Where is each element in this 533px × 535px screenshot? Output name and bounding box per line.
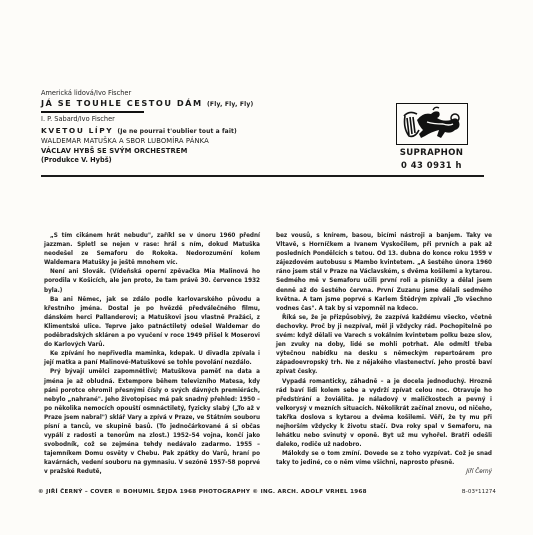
print-code: B-03*11274 [462,489,496,495]
header-divider [41,175,484,177]
track1-title: JÁ SE TOUHLE CESTOU DÁM [41,98,203,108]
track1-composer: Americká lidová/Ivo Fischer [41,89,281,98]
label-logo-block: SUPRAPHON 0 43 0931 h [395,103,468,171]
track2-original-title: (Je ne pourrai t'oublier tout a fait) [117,128,236,135]
liner-notes-right-column: bez vousů, s knírem, basou, bicími nástr… [276,232,492,478]
producer: (Produkce V. Hybš) [41,156,281,165]
liner-paragraph: Není ani Slovák. (Vídeňská operní zpěvač… [44,268,260,295]
supraphon-lion-lyre-logo-icon [396,103,468,145]
author-signature: Jiří Černý [276,468,492,477]
liner-paragraph: Málokdy se o tom zmíní. Dovede se z toho… [276,450,492,468]
liner-paragraph: Ba ani Němec, jak se zdálo podle karlova… [44,296,260,351]
track2-composer: I. P. Sabard/Ivo Fischer [41,115,281,124]
liner-paragraph: Říká se, že je přizpůsobivý, že zazpívá … [276,314,492,378]
track-credits: Americká lidová/Ivo Fischer JÁ SE TOUHLE… [41,89,281,165]
track1-title-line: JÁ SE TOUHLE CESTOU DÁM (Fly, Fly, Fly) [41,98,281,110]
record-sleeve-back: Americká lidová/Ivo Fischer JÁ SE TOUHLE… [0,0,533,535]
catalog-number: 0 43 0931 h [395,159,468,171]
liner-paragraph: Vypadá romanticky, záhadně – a je docela… [276,378,492,451]
orchestra: VÁCLAV HYBŠ SE SVÝM ORCHESTREM [41,147,281,157]
copyright-credits: © JIŘÍ ČERNÝ – COVER © BOHUMIL ŠEJDA 196… [38,489,367,495]
label-brand: SUPRAPHON [395,148,468,159]
liner-paragraph: Ke zpívání ho nepřivedla maminka, kdepak… [44,350,260,368]
liner-paragraph: „S tím cikánem hrát nebudu", zaříkl se v… [44,232,260,268]
track2-title-line: KVETOU LÍPY (Je ne pourrai t'oublier tou… [41,125,281,137]
liner-paragraph: Prý bývají umělci zapomnětliví; Matuškov… [44,368,260,477]
track1-original-title: (Fly, Fly, Fly) [207,101,254,108]
liner-paragraph: bez vousů, s knírem, basou, bicími nástr… [276,232,492,314]
track2-title: KVETOU LÍPY [41,126,113,135]
title-underline [41,111,144,113]
liner-notes-left-column: „S tím cikánem hrát nebudu", zaříkl se v… [44,232,260,478]
performer: WALDEMAR MATUŠKA A SBOR LUBOMÍRA PÁNKA [41,137,281,147]
